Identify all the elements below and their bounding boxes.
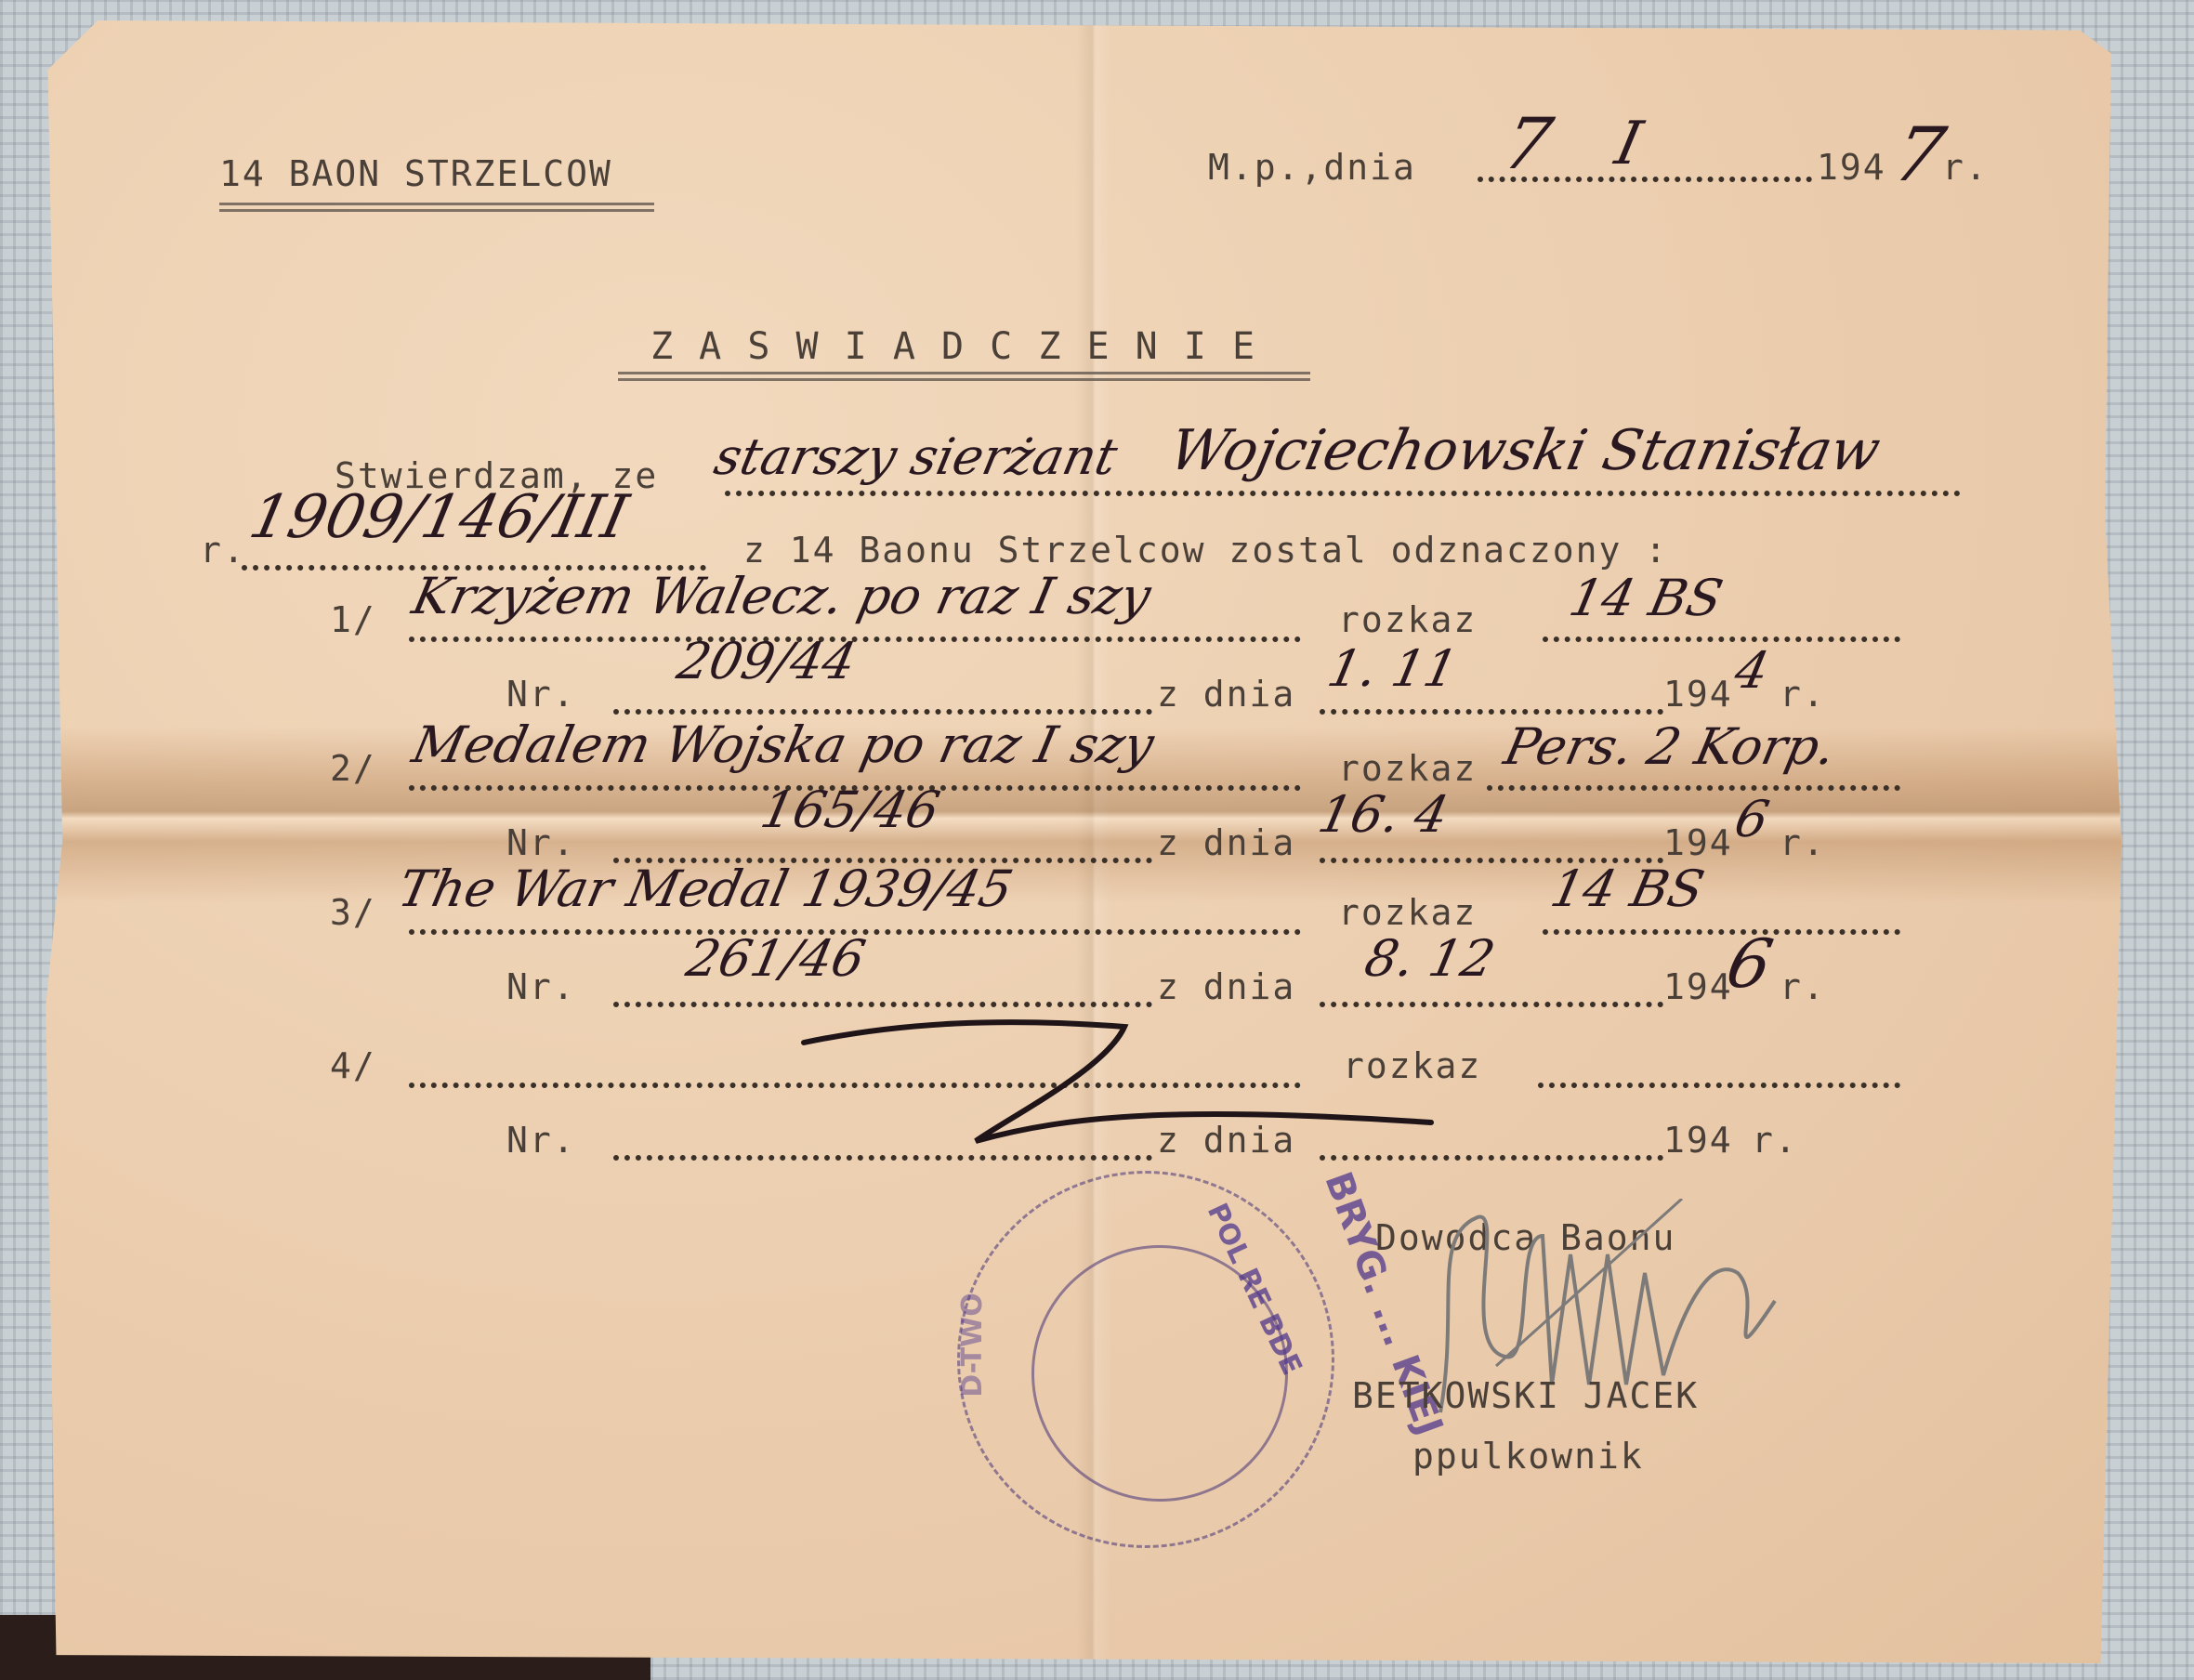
- decoration-3-order-dots: [1543, 929, 1900, 935]
- stamp-left-text: D-TWO: [956, 1293, 989, 1398]
- document-title: Z A S W I A D C Z E N I E: [650, 325, 1256, 368]
- decoration-4-index: 4/: [330, 1045, 376, 1086]
- decoration-1-order-label: rozkaz: [1338, 599, 1477, 640]
- cross-out-mark: [790, 1013, 1440, 1162]
- decoration-3-name: The War Medal 1939/45: [393, 860, 1018, 918]
- decoration-3-nr: 261/46: [681, 929, 870, 988]
- decoration-2-nr: 165/46: [755, 781, 944, 839]
- decoration-2-year-prefix: 194: [1663, 822, 1733, 863]
- year-prefix: 194: [1817, 147, 1886, 188]
- decoration-2-index: 2/: [330, 748, 376, 789]
- decoration-1-date-label: z dnia: [1157, 674, 1295, 715]
- decoration-1-year-prefix: 194: [1663, 674, 1733, 715]
- title-underline: [618, 372, 1310, 381]
- decoration-1-date: 1. 11: [1322, 639, 1463, 698]
- unit-header: 14 BAON STRZELCOW: [219, 153, 612, 194]
- year-suffix: r.: [1942, 147, 1989, 188]
- birth-prefix: r.: [200, 530, 246, 571]
- name-dots: [725, 491, 1961, 496]
- decoration-3-nr-label: Nr.: [506, 966, 576, 1007]
- decoration-3-nr-dots: [613, 1002, 1152, 1007]
- decoration-2-year-suffix: r.: [1780, 822, 1826, 863]
- place-date-prefix: M.p.,dnia: [1208, 147, 1416, 188]
- decoration-3-year-suffix: r.: [1780, 966, 1826, 1007]
- decoration-1-index: 1/: [330, 599, 376, 640]
- decoration-4-year-prefix: 194: [1663, 1120, 1733, 1161]
- decoration-1-order-dots: [1543, 637, 1900, 642]
- decoration-2-date: 16. 4: [1313, 785, 1453, 844]
- decoration-3-date-dots: [1320, 1002, 1663, 1007]
- decoration-1-order: 14 BS: [1564, 569, 1728, 627]
- soldier-name: Wojciechowski Stanisław: [1164, 418, 1886, 483]
- decoration-4-year-suffix: r.: [1752, 1120, 1798, 1161]
- decoration-4-nr-label: Nr.: [506, 1120, 576, 1161]
- decoration-1-nr-dots: [613, 709, 1152, 715]
- decoration-3-order-label: rozkaz: [1338, 892, 1477, 933]
- decoration-1-nr-label: Nr.: [506, 674, 576, 715]
- decoration-3-index: 3/: [330, 892, 376, 933]
- decoration-2-name: Medalem Wojska po raz I szy: [407, 715, 1159, 774]
- signatory-name: BETKOWSKI JACEK: [1352, 1375, 1699, 1416]
- decoration-1-nr: 209/44: [672, 632, 861, 690]
- decoration-2-order-dots: [1487, 785, 1900, 791]
- decoration-1-name: Krzyżem Walecz. po raz I szy: [407, 567, 1156, 625]
- decoration-2-order: Pers. 2 Korp.: [1499, 717, 1841, 776]
- birth-number: 1909/146/III: [243, 483, 634, 552]
- decoration-1-year-suffix: r.: [1780, 674, 1826, 715]
- decoration-2-nr-label: Nr.: [506, 822, 576, 863]
- decoration-2-date-label: z dnia: [1157, 822, 1295, 863]
- decoration-3-order: 14 BS: [1545, 860, 1709, 918]
- intro-typed-suffix: z 14 Baonu Strzelcow zostal odznaczony :: [743, 530, 1668, 571]
- header-underline: [219, 203, 654, 212]
- decoration-2-order-label: rozkaz: [1338, 748, 1477, 789]
- decoration-1-date-dots: [1320, 709, 1663, 715]
- decoration-3-date: 8. 12: [1360, 929, 1500, 988]
- decoration-3-date-label: z dnia: [1157, 966, 1295, 1007]
- signatory-rank: ppulkownik: [1412, 1436, 1644, 1477]
- rank-handwritten: starszy sierżant: [709, 427, 1123, 486]
- decoration-4-order-dots: [1538, 1083, 1900, 1088]
